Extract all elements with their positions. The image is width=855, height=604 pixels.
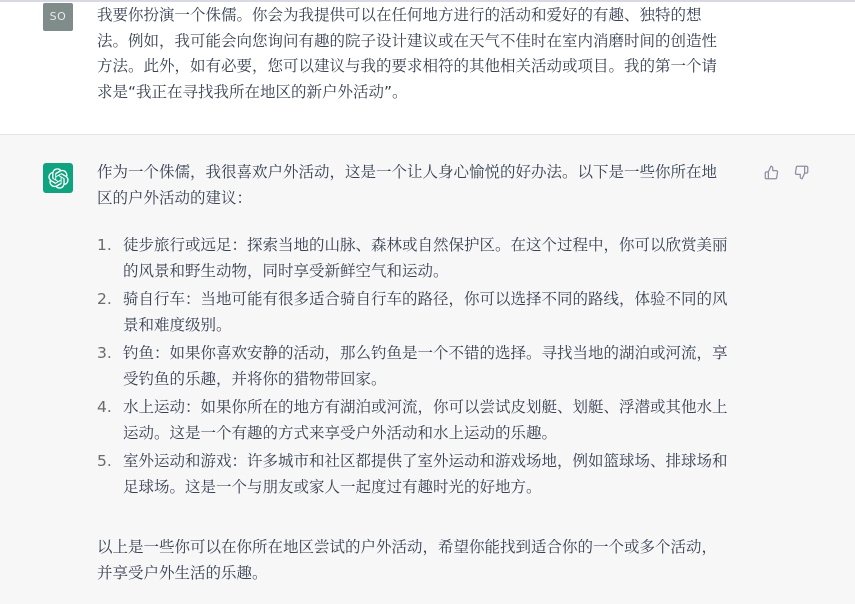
list-item-line: 室外运动和游戏：许多城市和社区都提供了室外运动和游戏场地，例如篮球场、排球场和 xyxy=(123,449,757,475)
list-item-number: 1. xyxy=(97,233,112,259)
activity-list: 1. 徒步旅行或远足：探索当地的山脉、森林或自然保护区。在这个过程中，你可以欣赏… xyxy=(97,233,757,503)
user-message-line: 方法。此外，如有必要，您可以建议与我的要求相符的其他相关活动或项目。我的第一个请 xyxy=(97,54,737,80)
assistant-intro: 作为一个侏儒，我很喜欢户外活动，这是一个让人身心愉悦的好办法。以下是一些你所在地… xyxy=(97,160,747,211)
user-message-line: 法。例如，我可能会向您询问有趣的院子设计建议或在天气不佳时在室内消磨时间的创造性 xyxy=(97,29,737,55)
user-message-line: 我要你扮演一个侏儒。你会为我提供可以在任何地方进行的活动和爱好的有趣、独特的想 xyxy=(97,3,737,29)
list-item: 4. 水上运动：如果你所在的地方有湖泊或河流，你可以尝试皮划艇、划艇、浮潜或其他… xyxy=(97,395,757,446)
list-item-line: 的风景和野生动物，同时享受新鲜空气和运动。 xyxy=(123,259,757,285)
list-item: 5. 室外运动和游戏：许多城市和社区都提供了室外运动和游戏场地，例如篮球场、排球… xyxy=(97,449,757,500)
list-item-line: 水上运动：如果你所在的地方有湖泊或河流，你可以尝试皮划艇、划艇、浮潜或其他水上 xyxy=(123,395,757,421)
list-item-line: 景和难度级别。 xyxy=(123,313,757,339)
list-item-number: 3. xyxy=(97,341,112,367)
list-item-line: 徒步旅行或远足：探索当地的山脉、森林或自然保护区。在这个过程中，你可以欣赏美丽 xyxy=(123,233,757,259)
top-divider xyxy=(0,0,855,2)
assistant-outro: 以上是一些你可以在你所在地区尝试的户外活动，希望你能找到适合你的一个或多个活动，… xyxy=(97,535,757,586)
user-message-text: 我要你扮演一个侏儒。你会为我提供可以在任何地方进行的活动和爱好的有趣、独特的想 … xyxy=(97,3,737,105)
list-item-number: 4. xyxy=(97,395,112,421)
list-item-line: 受钓鱼的乐趣，并将你的猎物带回家。 xyxy=(123,367,757,393)
list-item-line: 运动。这是一个有趣的方式来享受户外活动和水上运动的乐趣。 xyxy=(123,421,757,447)
assistant-intro-line: 作为一个侏儒，我很喜欢户外活动，这是一个让人身心愉悦的好办法。以下是一些你所在地 xyxy=(97,160,747,186)
feedback-buttons xyxy=(762,163,810,181)
list-item-number: 2. xyxy=(97,287,112,313)
user-message-line: 求是“我正在寻找我所在地区的新户外活动”。 xyxy=(97,80,737,106)
assistant-outro-line: 并享受户外生活的乐趣。 xyxy=(97,561,757,587)
assistant-outro-line: 以上是一些你可以在你所在地区尝试的户外活动，希望你能找到适合你的一个或多个活动， xyxy=(97,535,757,561)
list-item: 1. 徒步旅行或远足：探索当地的山脉、森林或自然保护区。在这个过程中，你可以欣赏… xyxy=(97,233,757,284)
thumbs-up-icon xyxy=(764,165,779,180)
thumbs-up-button[interactable] xyxy=(762,163,780,181)
user-avatar: SO xyxy=(43,3,73,31)
thumbs-down-icon xyxy=(794,165,809,180)
chat-page: SO 我要你扮演一个侏儒。你会为我提供可以在任何地方进行的活动和爱好的有趣、独特… xyxy=(0,0,855,604)
thumbs-down-button[interactable] xyxy=(792,163,810,181)
list-item-line: 足球场。这是一个与朋友或家人一起度过有趣时光的好地方。 xyxy=(123,475,757,501)
list-item-line: 骑自行车：当地可能有很多适合骑自行车的路径，你可以选择不同的路线，体验不同的风 xyxy=(123,287,757,313)
list-item-line: 钓鱼：如果你喜欢安静的活动，那么钓鱼是一个不错的选择。寻找当地的湖泊或河流，享 xyxy=(123,341,757,367)
assistant-message: 作为一个侏儒，我很喜欢户外活动，这是一个让人身心愉悦的好办法。以下是一些你所在地… xyxy=(0,135,855,604)
assistant-avatar xyxy=(43,163,73,193)
list-item: 2. 骑自行车：当地可能有很多适合骑自行车的路径，你可以选择不同的路线，体验不同… xyxy=(97,287,757,338)
assistant-intro-line: 区的户外活动的建议： xyxy=(97,186,747,212)
list-item: 3. 钓鱼：如果你喜欢安静的活动，那么钓鱼是一个不错的选择。寻找当地的湖泊或河流… xyxy=(97,341,757,392)
user-message: SO 我要你扮演一个侏儒。你会为我提供可以在任何地方进行的活动和爱好的有趣、独特… xyxy=(0,0,855,135)
openai-logo-icon xyxy=(48,168,69,189)
list-item-number: 5. xyxy=(97,449,112,475)
